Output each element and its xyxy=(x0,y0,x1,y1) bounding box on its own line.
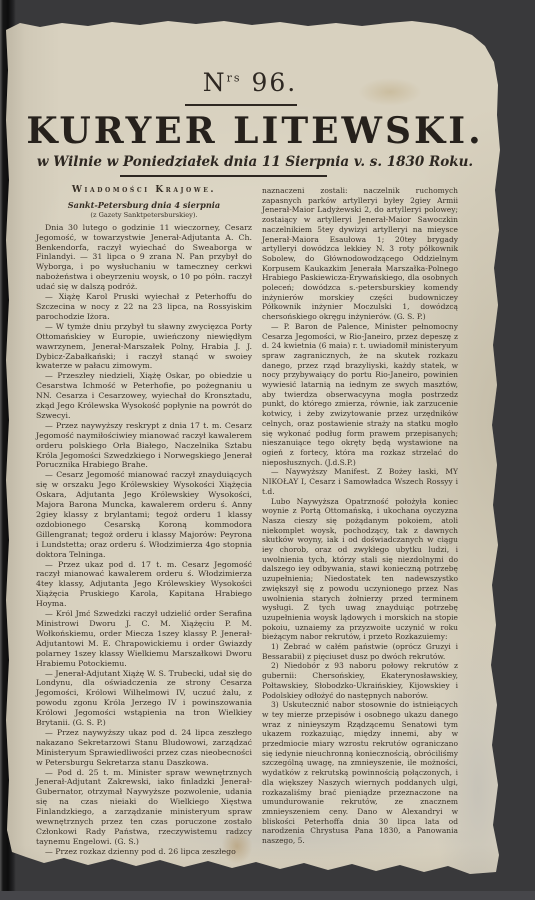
issue-number: Nrs 96. xyxy=(140,68,360,97)
article-dateline: Sankt-Petersburg dnia 4 sierpnia xyxy=(36,201,252,211)
manifest-item: 2) Niedobór z 93 naboru połowy rekrutów … xyxy=(262,661,458,700)
manifest-paragraph: Lubo Naywyższa Opatrzność położyła konie… xyxy=(262,497,458,643)
news-paragraph: — Przez ukaz pod d. 17 t. m. Cesarz Jego… xyxy=(36,560,252,610)
issue-prefix: N xyxy=(203,68,227,97)
section-heading: Wiadomości Krajowe. xyxy=(36,186,252,196)
news-paragraph: — W tymże dniu przybył tu sławny zwycięz… xyxy=(36,322,252,372)
newspaper-sheet: Nrs 96. KURYER LITEWSKI. w Wilnie w Poni… xyxy=(0,0,535,900)
manifest-item: 1) Zebrać w całém państwie (oprócz Gruzy… xyxy=(262,642,458,661)
news-paragraph: — Pod d. 25 t. m. Minister spraw wewnętr… xyxy=(36,768,252,847)
news-paragraph: — Przez rozkaz dzienny pod d. 26 lipca z… xyxy=(36,847,252,857)
news-paragraph: — P. Baron de Palence, Minister pełnomoc… xyxy=(262,322,458,468)
scanner-bed-edge xyxy=(0,891,535,900)
manifest-item: 3) Uskutecznić nabor stosownie do istnie… xyxy=(262,700,458,846)
left-column: Wiadomości Krajowe. Sankt-Petersburg dni… xyxy=(36,186,252,857)
news-paragraph: Dnia 30 lutego o godzinie 11 wieczorney,… xyxy=(36,223,252,292)
newspaper-title: KURYER LITEWSKI. xyxy=(22,110,488,152)
issue-superscript: rs xyxy=(227,72,242,85)
news-paragraph: — Cesarz Jegomość mianować raczył znaydu… xyxy=(36,470,252,559)
news-paragraph: — Naywyższy Manifest. Z Bożey łaski, MY … xyxy=(262,467,458,496)
news-paragraph: — Król Jmć Szwedzki raczył udzielić orde… xyxy=(36,609,252,668)
right-column: naznaczeni zostali: naczelnik ruchomych … xyxy=(262,186,458,846)
scanned-newspaper-page: Nrs 96. KURYER LITEWSKI. w Wilnie w Poni… xyxy=(0,0,535,900)
news-paragraph: — Jenerał-Adjutant Xiążę W. S. Trubecki,… xyxy=(36,669,252,728)
news-paragraph: — Przez naywyższy reskrypt z dnia 17 t. … xyxy=(36,421,252,471)
masthead-dateline: w Wilnie w Poniedziałek dnia 11 Sierpnia… xyxy=(22,154,488,170)
news-paragraph: — Xiążę Karol Pruski wyiechał z Peterhof… xyxy=(36,292,252,322)
source-note: (z Gazety Sanktpetersburskiey). xyxy=(36,211,252,221)
news-paragraph: — Przeszłey niedzieli, Xiążę Oskar, po o… xyxy=(36,371,252,421)
dateline-underline-rule xyxy=(120,175,327,177)
issue-number-value: 96. xyxy=(251,68,297,97)
issue-underline-rule xyxy=(185,104,297,106)
news-paragraph: — Przez naywyższy ukaz pod d. 24 lipca z… xyxy=(36,728,252,768)
news-paragraph: naznaczeni zostali: naczelnik ruchomych … xyxy=(262,186,458,322)
